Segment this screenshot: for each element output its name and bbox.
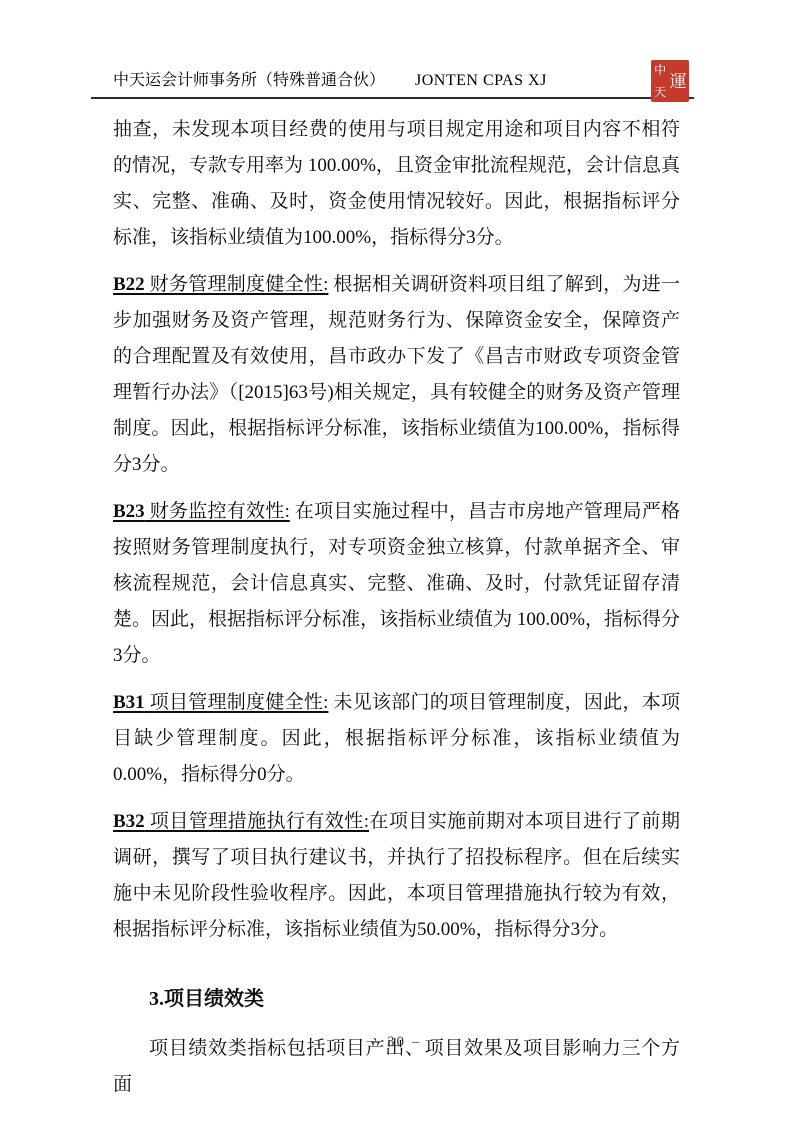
paragraph-b32: B32 项目管理措施执行有效性:在项目实施前期对本项目进行了前期调研，撰写了项目… — [113, 804, 680, 948]
seal-char-top-left: 中 — [654, 64, 666, 76]
firm-name-cn: 中天运会计师事务所（特殊普通合伙） — [113, 72, 385, 89]
indicator-label: B32 项目管理措施执行有效性: — [113, 811, 369, 832]
indicator-label: B22 财务管理制度健全性: — [113, 274, 328, 295]
indicator-name: 项目管理措施执行有效性: — [145, 811, 369, 832]
company-seal-icon: 運 中天 — [651, 60, 689, 102]
paragraph-continuation: 抽查，未发现本项目经费的使用与项目规定用途和项目内容不相符的情况，专款专用率为 … — [113, 112, 680, 256]
indicator-label: B31 项目管理制度健全性: — [113, 692, 328, 713]
indicator-code: B32 — [113, 811, 145, 832]
indicator-code: B22 — [113, 274, 145, 295]
header-text: 中天运会计师事务所（特殊普通合伙）JONTEN CPAS XJ — [113, 67, 547, 90]
seal-char-right: 運 — [668, 62, 688, 100]
indicator-label: B23 财务监控有效性: — [113, 501, 290, 522]
document-body: 抽查，未发现本项目经费的使用与项目规定用途和项目内容不相符的情况，专款专用率为 … — [113, 112, 680, 1103]
page-number: – 30 – — [372, 1034, 422, 1050]
indicator-code: B31 — [113, 692, 145, 713]
paragraph-text: 抽查，未发现本项目经费的使用与项目规定用途和项目内容不相符的情况，专款专用率为 … — [113, 119, 680, 248]
seal-char-bottom-left: 天 — [654, 86, 666, 98]
page-header: 中天运会计师事务所（特殊普通合伙）JONTEN CPAS XJ 運 中天 — [91, 50, 694, 99]
page-footer: – 30 – — [0, 1032, 793, 1052]
paragraph-text: 在项目实施过程中，昌吉市房地产管理局严格按照财务管理制度执行，对专项资金独立核算… — [113, 501, 680, 666]
firm-name-en: JONTEN CPAS XJ — [415, 72, 547, 89]
paragraph-b22: B22 财务管理制度健全性: 根据相关调研资料项目组了解到，为进一步加强财务及资… — [113, 267, 680, 483]
seal-left-column: 中天 — [652, 62, 668, 100]
section-heading: 3.项目绩效类 — [113, 984, 680, 1014]
indicator-name: 财务监控有效性: — [145, 501, 290, 522]
indicator-code: B23 — [113, 501, 145, 522]
paragraph-b31: B31 项目管理制度健全性: 未见该部门的项目管理制度，因此，本项目缺少管理制度… — [113, 685, 680, 793]
indicator-name: 项目管理制度健全性: — [145, 692, 329, 713]
indicator-name: 财务管理制度健全性: — [145, 274, 329, 295]
paragraph-b23: B23 财务监控有效性: 在项目实施过程中，昌吉市房地产管理局严格按照财务管理制… — [113, 494, 680, 674]
document-page: 中天运会计师事务所（特殊普通合伙）JONTEN CPAS XJ 運 中天 抽查，… — [0, 0, 793, 1122]
paragraph-text: 根据相关调研资料项目组了解到，为进一步加强财务及资产管理，规范财务行为、保障资金… — [113, 274, 680, 475]
